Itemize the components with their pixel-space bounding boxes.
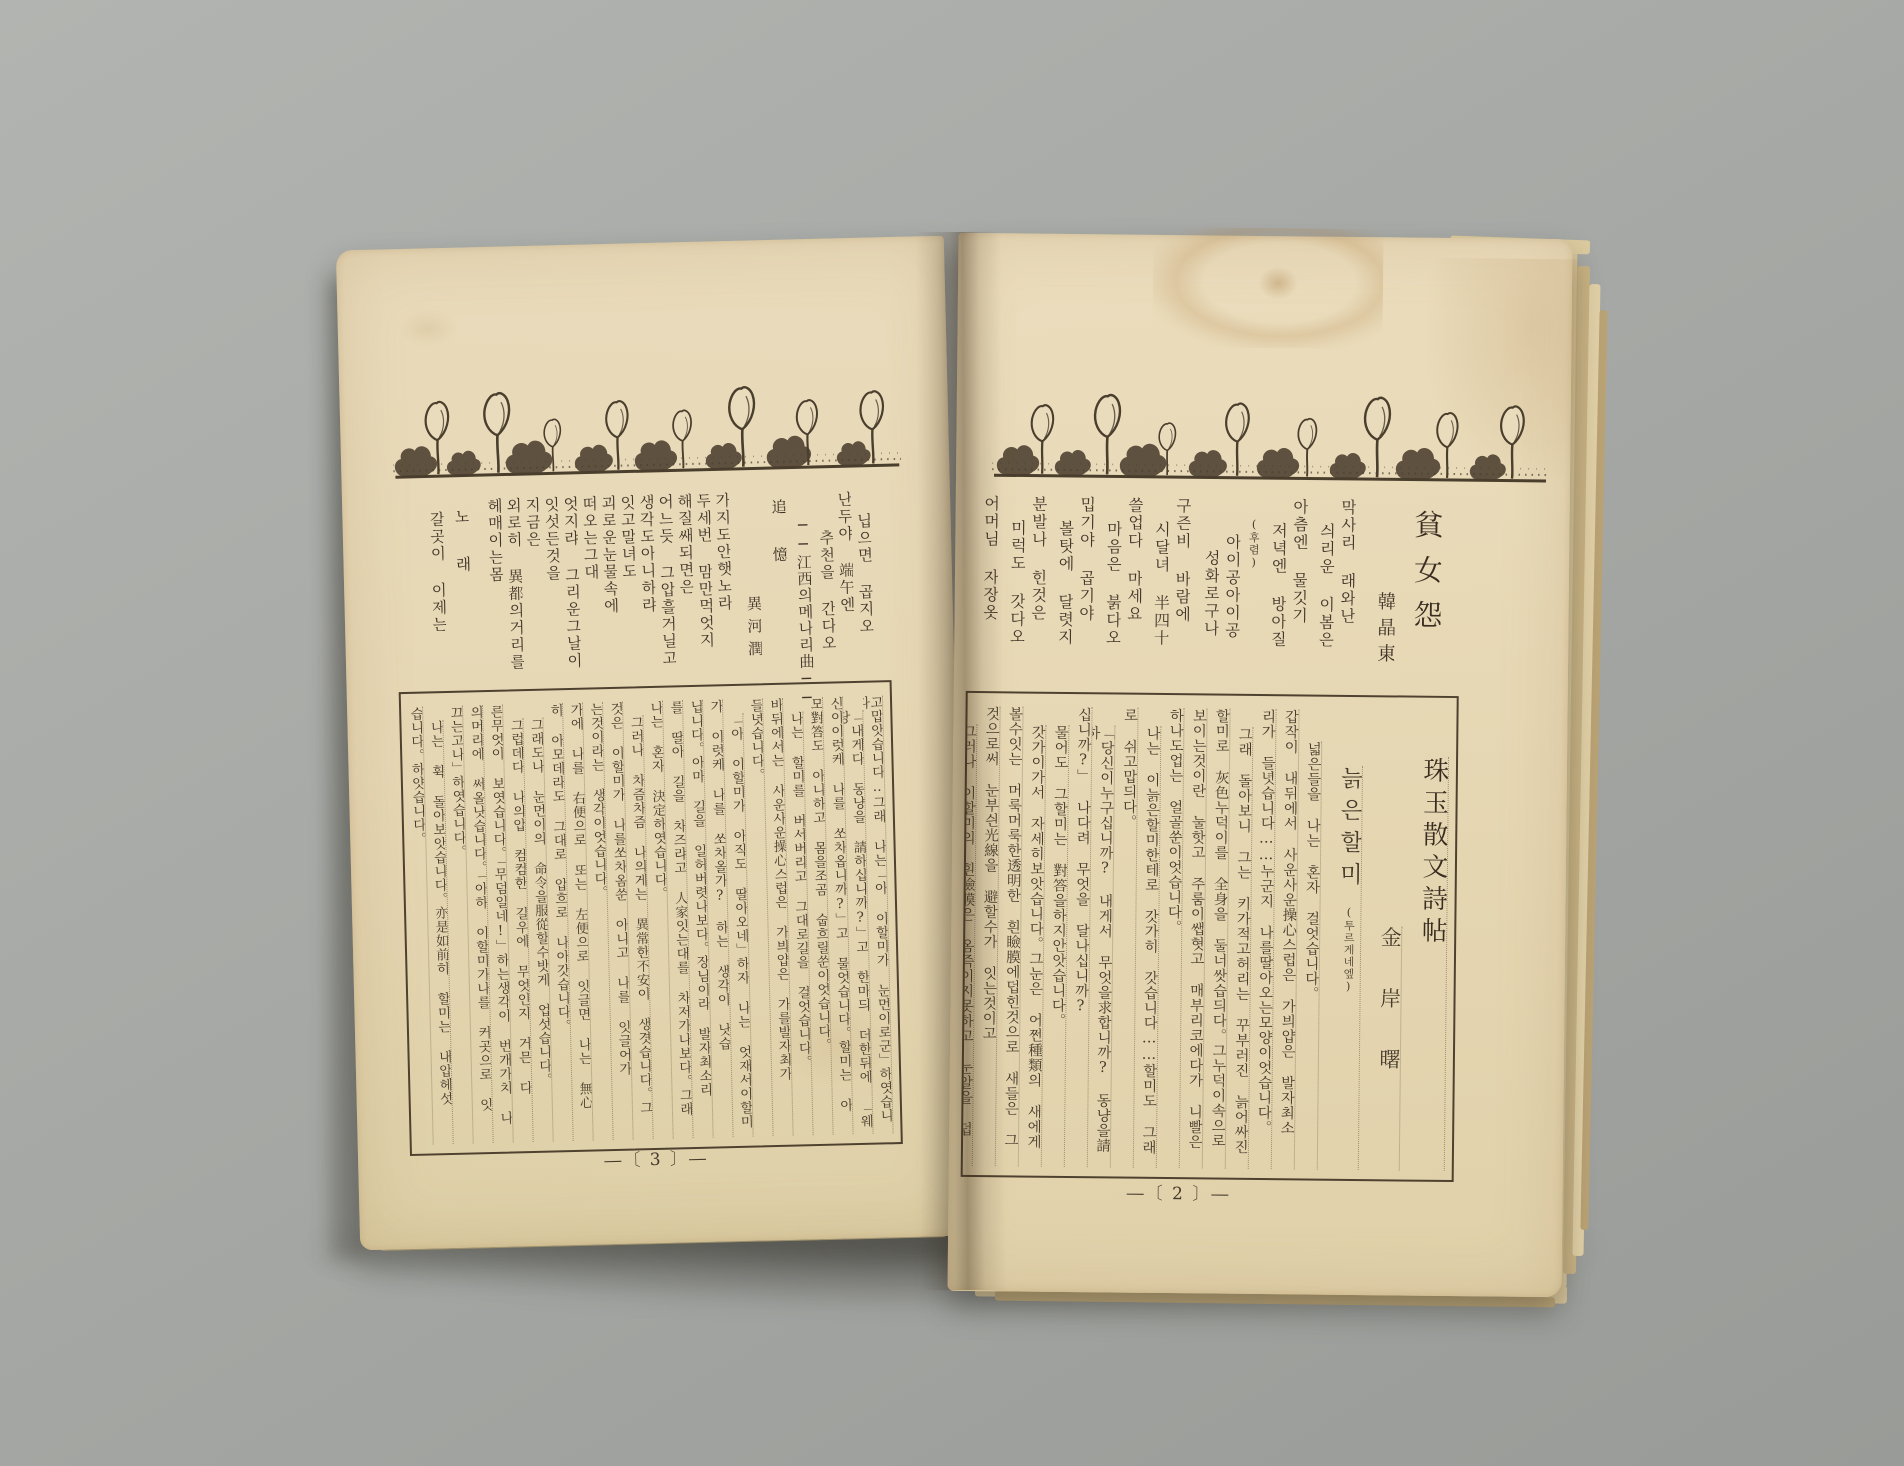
tulip-frieze-right xyxy=(992,383,1549,493)
paper-stain xyxy=(1258,266,1298,300)
poem-column: (후렴) xyxy=(1241,518,1260,704)
poem-column: 구즌비 바람에 xyxy=(1168,497,1191,703)
poem-column: 볼탓에 달렷지 xyxy=(1051,520,1074,702)
poem-column: 시달녀 半四十 xyxy=(1147,521,1170,703)
left-text-box: 고맙앗습니다‥그래 나는「아 이할미가 눈먼이로군」하엿습니다「내게다 동냥을 … xyxy=(399,680,903,1156)
photo-backdrop: 닙으면 곱지오난두야 端午엔추천을 간다오──江西의메나리曲──追憶異河潤가지도… xyxy=(0,0,1904,1466)
paper-stain xyxy=(1152,227,1383,349)
poem-column: 분발나 힌것은 xyxy=(1024,496,1047,702)
poem-column: 쓸업다 마세요 xyxy=(1120,497,1143,703)
prose-column: 金岸曙 xyxy=(1367,926,1403,1170)
prose-column: 리가 들녓습니다……누군지 나를딸아오는모양이엇습니다。 xyxy=(1249,709,1277,1169)
page-number-right: ―〔 2 〕― xyxy=(1108,1178,1248,1204)
prose-column: 십니까?」 나다려 무엇을 달나십니까? xyxy=(1065,707,1093,1167)
right-poem: 貧女怨韓晶東막사리 래와난싀리운 이봄은아츰엔 물깃기저녁엔 방아질(후렴)아이… xyxy=(970,489,1442,706)
prose-column: 珠玉散文詩帖 xyxy=(1406,757,1449,1171)
prose-column: 보이는것이란 눌핫고 주룸이쌥혓고 매부리코에다가 니빨은 xyxy=(1180,708,1208,1168)
left-page: 닙으면 곱지오난두야 端午엔추천을 간다오──江西의메나리曲──追憶異河潤가지도… xyxy=(336,236,968,1251)
poem-column: 마음은 붉다오 xyxy=(1099,520,1122,702)
prose-column: 갓가이가서 자세히보앗습니다。그눈은 어쩐種類의 새에게 xyxy=(1019,725,1047,1167)
poem-column: 아츰엔 물깃기 xyxy=(1285,498,1308,704)
gutter-shadow xyxy=(915,232,1007,1290)
right-text-box: 珠玉散文詩帖金岸曙늙은할미(투르게네엪)넓은들을 나는 혼자 걸엇습니다。갑작이… xyxy=(961,691,1459,1182)
prose-column: 넓은들을 나는 혼자 걸엇습니다。 xyxy=(1295,741,1322,1169)
poem-column: 저녁엔 방아질 xyxy=(1264,522,1287,704)
prose-column: 나는 이늙은할미한테로 갓가히 갓습니다……할미도 그래 xyxy=(1134,726,1162,1168)
prose-column: 갑작이 내뒤에서 사운사운操心스럽은 가븨얍은 발자최소 xyxy=(1272,709,1300,1169)
poem-column: 韓晶東 xyxy=(1366,591,1395,705)
prose-column: 늙은할미(투르게네엪) xyxy=(1326,766,1363,1170)
page-number-left: ―〔 3 〕― xyxy=(586,1143,727,1171)
poem-column: 아이공아이공 xyxy=(1218,534,1241,704)
right-page: 貧女怨韓晶東막사리 래와난싀리운 이봄은아츰엔 물깃기저녁엔 방아질(후렴)아이… xyxy=(947,233,1572,1297)
poem-column: 싀리운 이봄은 xyxy=(1312,523,1335,705)
prose-column: 할미로 灰色누덕이를 全身을 둘너쌋습듸다。그누덕이속으로 xyxy=(1203,708,1231,1168)
prose-column: 하나도업는 얼골쑨이엇습니다。 xyxy=(1157,708,1185,1168)
tulip-frieze-left xyxy=(391,375,901,487)
prose-column: 「당신이누구십니까? 내게서 무엇을求합니까? 동냥을請하 xyxy=(1088,725,1116,1167)
poem-column: 성화로구나 xyxy=(1197,549,1220,703)
prose-column: 물어도 그할미는 對答을하지안앗습니다。 xyxy=(1042,725,1070,1167)
paper-stain xyxy=(397,308,458,349)
poem-column: 미럭도 갓다오 xyxy=(1003,519,1026,701)
poem-column: 貧女怨 xyxy=(1402,509,1442,705)
poem-column: 막사리 래와난 xyxy=(1333,499,1356,705)
poem-column: 밉기야 곱기야 xyxy=(1072,496,1095,702)
prose-column: 로 쉬고맙듸다。 xyxy=(1111,707,1139,1167)
prose-column: 그래 돌아보니 그는 키가적고허리는 꾸부러진 늙어싸진 xyxy=(1226,727,1254,1169)
